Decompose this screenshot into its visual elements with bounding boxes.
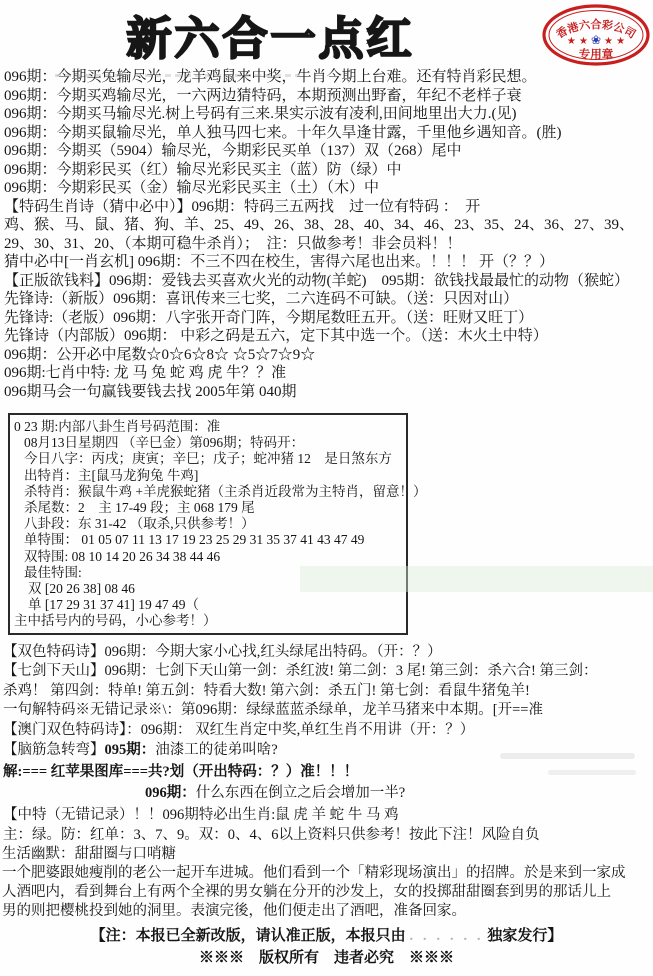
poem-line: 先锋诗（内部版）096期： 中彩之码是五六，定下其中选一个。（送：木火土中特） xyxy=(0,327,653,346)
box-line: 今日八字：丙戌；庚寅；辛巳；戊子；蛇冲猪 12 是日煞东方 xyxy=(10,451,406,467)
humor-line: 一个肥婆跟她瘦削的老公一起开车进城。他们看到一个「精彩现场演出」的招牌。於是来到… xyxy=(0,864,653,883)
riddle-answer: 解:=== 红苹果图库===共?划（开出特码：？）准！！！ xyxy=(0,762,653,784)
footer-note: 【注：本报已全新改版，请认准正版，本报只由 . . . . . . 独家发行】 xyxy=(0,925,653,947)
box-line: 0 23 期:内部八卦生肖号码范围：准 xyxy=(10,419,406,435)
footer-faded-dots: . . . . . . xyxy=(409,928,483,944)
poem-line: 096期：今期买鼠输尽光，单人独马四七来。十年久旱逢甘露，千里他乡遇知音。(胜) xyxy=(0,124,653,143)
riddle-issue: 095期： xyxy=(105,742,156,758)
special-tips-section: 【中特（无错记录）！！096期特必出生肖:鼠 虎 羊 蛇 牛 马 鸡 主：绿。防… xyxy=(0,805,653,845)
box-line: 08月13日星期四 （辛巳金）第096期；特码开： xyxy=(10,435,406,451)
poem-line: 096期：今期彩民买（红）输尽光彩民买主（蓝）防（绿）中 xyxy=(0,161,653,180)
poem-line: 先锋诗:（新版）096期：喜讯传来三七奖，二六连码不可缺。（送：只因对山） xyxy=(0,290,653,309)
riddle-tag: 【脑筋急转弯】 xyxy=(3,742,105,758)
poem-line: 096期：今期彩民买（金）输尽光彩民买主（土）（木）中 xyxy=(0,179,653,198)
poem-line: 096期：今期买兔输尽光，龙羊鸡鼠来中奖，牛肖今期上台难。还有特肖彩民想。 xyxy=(0,68,653,87)
riddle-q096: 096期：什么东西在倒立之后会增加一半? xyxy=(0,783,653,805)
riddle-q095: 【脑筋急转弯】095期：油漆工的徒弟叫啥? xyxy=(0,740,653,762)
poem-line: 096期：今期买马输尽光.树上号码有三来.果实示波有凌利,田间地里出大力.(见) xyxy=(0,105,653,124)
box-line: 最佳特围: xyxy=(10,565,406,581)
best-odd-line: 单 [17 29 31 37 41] 19 47 49（ xyxy=(10,597,406,613)
box-line: 八卦段：东 31-42 （取杀,只供参考！） xyxy=(10,516,406,532)
header: 新六合一点红 香港六合彩公司 ★ ★❀★ ★ 专用章 xyxy=(0,0,653,68)
best-even-line: 双 [20 26 38] 08 46 xyxy=(10,581,406,597)
box-line: 杀尾数：2 主 17-49 段；主 068 179 尾 xyxy=(10,500,406,516)
brain-teaser-section: 【脑筋急转弯】095期：油漆工的徒弟叫啥? 解:=== 红苹果图库===共?划（… xyxy=(0,740,653,805)
disclaimer-line: 主：绿。防：红单：3、7、9。双：0、4、6以上资料只供参考！按此下注！风险自负 xyxy=(0,825,653,845)
zodiac-number-row: 29、30、31、20、（本期可稳牛杀肖）； 注：只做参考！非会员料！！ xyxy=(0,235,653,254)
poem-line: 096期马会一句赢钱要钱去找 2005年第 040期 xyxy=(0,383,653,402)
lottery-sheet: 新六合一点红 香港六合彩公司 ★ ★❀★ ★ 专用章 096期：今期买兔输尽光，… xyxy=(0,0,653,976)
riddle-question: 什么东西在倒立之后会增加一半? xyxy=(196,785,405,801)
copyright-line: ※※※ 版权所有 违者必究 ※※※ xyxy=(0,947,653,969)
bagua-prediction-box: 0 23 期:内部八卦生肖号码范围：准 08月13日星期四 （辛巳金）第096期… xyxy=(8,413,408,635)
zodiac-number-row: 鸡、猴、马、鼠、猪、狗、羊、25、49、26、38、28、40、34、46、23… xyxy=(0,216,653,235)
box-line: 出特肖：主[鼠马龙狗兔 牛鸡] xyxy=(10,468,406,484)
riddle-question: 油漆工的徒弟叫啥? xyxy=(155,742,277,758)
zodiac-tip-line: 【中特（无错记录）！！096期特必出生肖:鼠 虎 羊 蛇 牛 马 鸡 xyxy=(0,805,653,825)
footer-note-prefix: 【注：本报已全新改版，请认准正版，本报只由 xyxy=(91,928,406,944)
poem-line: 猜中必中[一肖玄机] 096期：不三不四在校生，害得六尾也出来。！！！ 开（？？… xyxy=(0,253,653,272)
poem-line: 096期：今期买鸡输尽光，一六两边猜特码，本期预测出野畜，年纪不老样子衰 xyxy=(0,87,653,106)
stamp-stars-row: ★ ★❀★ ★ xyxy=(567,33,625,47)
poem-line: 【双色特码诗】096期：今期大家小心找,红头绿尾出特码。（开：？） xyxy=(0,643,653,663)
post-box-section: 【双色特码诗】096期：今期大家小心找,红头绿尾出特码。（开：？） 【七剑下天山… xyxy=(0,643,653,741)
box-line: 杀特肖：猴鼠牛鸡 +羊虎猴蛇猪（主杀肖近段常为主特肖，留意！） xyxy=(10,484,406,500)
publisher-stamp-icon: 香港六合彩公司 ★ ★❀★ ★ 专用章 xyxy=(541,3,651,67)
humor-section: 生活幽默：甜甜圈与口哨糖 一个肥婆跟她瘦削的老公一起开车进城。他们看到一个「精彩… xyxy=(0,845,653,921)
poem-line: 【澳门双色特码诗】：096期： 双红生肖定中奖,单红生肖不用讲（开：？） xyxy=(0,721,653,741)
poem-line: 【正版欲钱料】096期：爱钱去买喜欢火光的动物(羊蛇) 095期：欲钱找最最忙的… xyxy=(0,272,653,291)
lucky-tail-numbers-line: 096期：公开必中尾数☆0☆6☆8☆ ☆5☆7☆9☆ xyxy=(0,346,653,365)
poem-line: 一句解特码※无错记录※\：第096期：绿绿蓝蓝杀绿单，龙羊马猪来中本期。[开==… xyxy=(0,701,653,721)
box-line: 主中括号内的号码，小心参考！） xyxy=(10,613,406,629)
humor-line: 人酒吧内，看到舞台上有两个全裸的男女躺在分开的沙发上，女的投掷甜甜圈套到男的那话… xyxy=(0,883,653,902)
humor-line: 男的则把樱桃投到她的洞里。表演完後，他们便走出了酒吧，准备回家。 xyxy=(0,902,653,921)
humor-heading: 生活幽默：甜甜圈与口哨糖 xyxy=(0,845,653,864)
poem-line: 096期：今期买（5904）输尽光，今期彩民买单（137）双（268）尾中 xyxy=(0,142,653,161)
even-numbers-line: 双特围: 08 10 14 20 26 34 38 44 46 xyxy=(10,549,406,565)
flower-icon: ❀ xyxy=(591,33,601,47)
star-icon: ★ ★ xyxy=(604,36,625,47)
footer: 【注：本报已全新改版，请认准正版，本报只由 . . . . . . 独家发行】 … xyxy=(0,925,653,969)
predictions-section: 096期：今期买兔输尽光，龙羊鸡鼠来中奖，牛肖今期上台难。还有特肖彩民想。 09… xyxy=(0,68,653,401)
seven-zodiac-line: 096期:七肖中特: 龙 马 兔 蛇 鸡 虎 牛？？准 xyxy=(0,364,653,383)
poem-line: 先锋诗:（老版）096期：八字张开奇门阵，今期尾数旺五开。（送：旺财又旺丁） xyxy=(0,309,653,328)
poem-line: 杀鸡！ 第四剑：特单! 第五剑：特看大数! 第六剑：杀五门! 第七剑：看鼠牛猪兔… xyxy=(0,682,653,702)
riddle-issue: 096期： xyxy=(145,785,196,801)
page-title: 新六合一点红 xyxy=(0,2,541,67)
poem-line: 【七剑下天山】096期：七剑下天山第一剑：杀红波! 第二剑：3 尾! 第三剑：杀… xyxy=(0,662,653,682)
stamp-label: 专用章 xyxy=(579,47,614,61)
star-icon: ★ ★ xyxy=(567,36,588,47)
odd-numbers-line: 单特围： 01 05 07 11 13 17 19 23 25 29 31 35… xyxy=(10,532,406,548)
footer-note-suffix: 独家发行】 xyxy=(487,928,562,944)
zodiac-poem-header: 【特码生肖诗（猜中必中）】096期：特码三五两找 过一位有特码 ： 开 xyxy=(0,198,653,217)
